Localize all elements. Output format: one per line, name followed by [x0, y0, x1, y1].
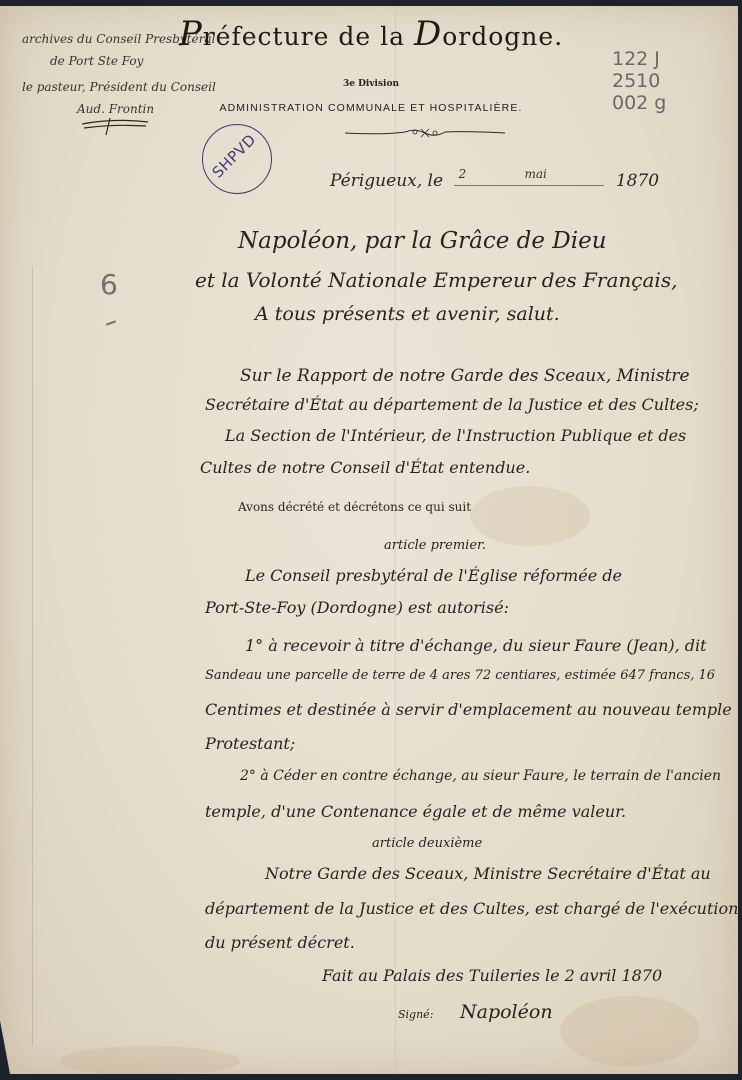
article-line: Protestant; — [205, 734, 295, 753]
preamble-line: Napoléon, par la Grâce de Dieu — [238, 228, 607, 254]
article-line: Notre Garde des Sceaux, Ministre Secréta… — [265, 864, 711, 883]
closing-place-date: Fait au Palais des Tuileries le 2 avril … — [322, 966, 662, 985]
letterhead-title: Préfecture de la Dordogne. — [0, 14, 742, 54]
foxing-stain — [560, 996, 700, 1066]
considerant-line: Sur le Rapport de notre Garde des Sceaux… — [240, 366, 690, 386]
date-blank: 2 mai — [454, 171, 604, 186]
article-line: du présent décret. — [205, 933, 355, 952]
margin-pencil-number: 6 — [100, 268, 118, 301]
article-line: Port-Ste-Foy (Dordogne) est autorisé: — [205, 598, 509, 617]
place-label: Périgueux, le — [330, 171, 443, 191]
article-line: Le Conseil presbytéral de l'Église réfor… — [245, 566, 622, 585]
archive-stamp: SHPVD — [202, 124, 272, 194]
division-label: 3e Division — [0, 79, 742, 89]
article-line: Sandeau une parcelle de terre de 4 ares … — [205, 668, 715, 683]
preamble-line: A tous présents et avenir, salut. — [255, 303, 560, 325]
article-line: temple, d'une Contenance égale et de mêm… — [205, 802, 626, 821]
article-line: département de la Justice et des Cultes,… — [205, 899, 738, 918]
date-day: 2 — [458, 167, 466, 181]
preamble-line: et la Volonté Nationale Empereur des Fra… — [195, 268, 677, 292]
article-line: 1° à recevoir à titre d'échange, du sieu… — [245, 636, 707, 655]
considerant-line: Secrétaire d'État au département de la J… — [205, 395, 699, 414]
administration-label: ADMINISTRATION COMMUNALE ET HOSPITALIÈRE… — [0, 102, 742, 114]
considerant-line: Cultes de notre Conseil d'État entendue. — [200, 458, 530, 477]
stamp-text: SHPVD — [209, 130, 260, 181]
document-page: archives du Conseil Presbytéral de Port … — [0, 6, 738, 1074]
date-year: 1870 — [616, 171, 659, 191]
date-month: mai — [524, 167, 546, 181]
margin-crease — [32, 266, 33, 1046]
foxing-stain — [60, 1046, 240, 1076]
decree-formula: Avons décrété et décrétons ce qui suit — [238, 500, 471, 514]
article-line: 2° à Céder en contre échange, au sieur F… — [240, 768, 721, 784]
article-line: Centimes et destinée à servir d'emplacem… — [205, 700, 732, 719]
ornament-divider-icon — [345, 126, 505, 140]
margin-pencil-dash — [106, 320, 116, 325]
article-heading: article premier. — [384, 538, 486, 553]
signature-flourish-icon — [80, 116, 150, 136]
date-line: Périgueux, le 2 mai 1870 — [330, 171, 659, 191]
considerant-line: La Section de l'Intérieur, de l'Instruct… — [225, 426, 686, 445]
signature: Napoléon — [460, 1001, 553, 1023]
signed-label: Signé: — [398, 1008, 433, 1021]
foxing-stain — [470, 486, 590, 546]
article-heading: article deuxième — [372, 836, 482, 851]
